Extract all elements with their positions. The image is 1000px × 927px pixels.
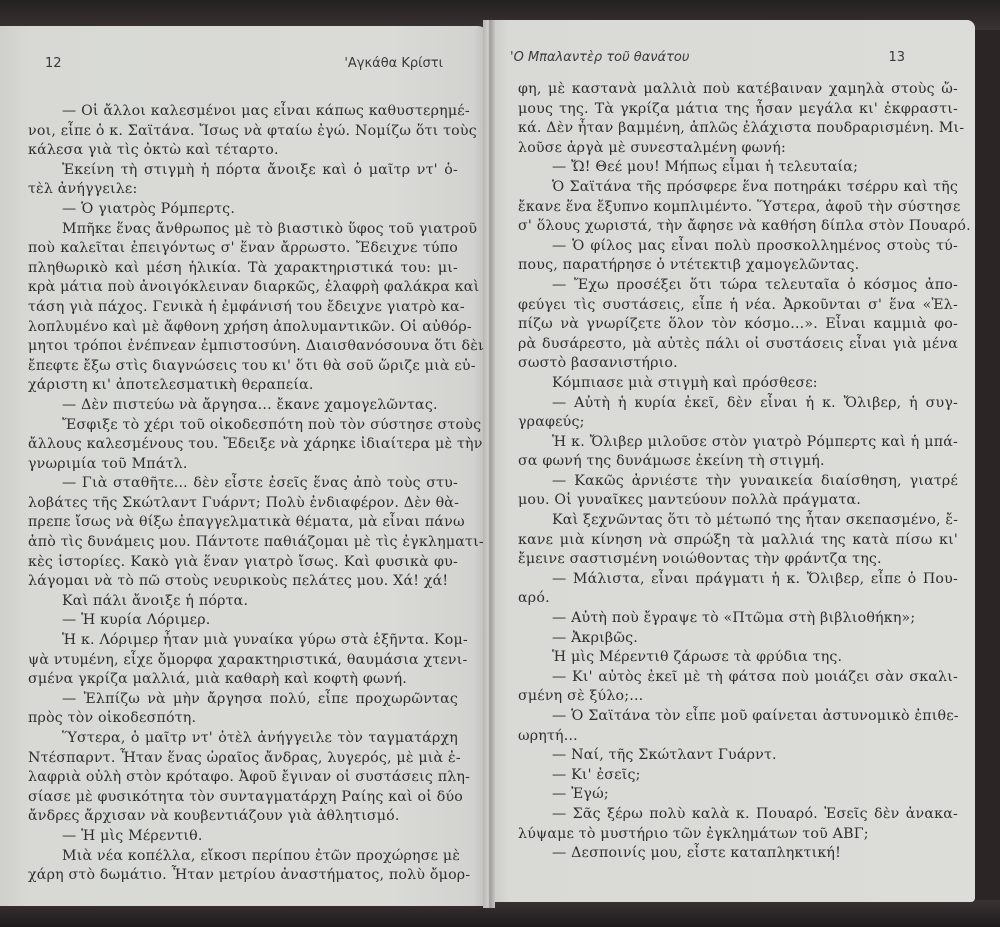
text-line: πρὸς τὸν οἰκοδεσπότη. (28, 709, 458, 729)
text-line: νοι, εἶπε ὁ κ. Σαϊτάνα. Ἴσως νὰ φταίω ἐγ… (28, 122, 458, 142)
text-line: ποὺ καλεῖται ἐπειγόντως σ' ἕναν ἄρρωστο.… (28, 239, 458, 259)
text-line: γραφεύς; (518, 413, 958, 433)
text-line: — Γιὰ σταθῆτε... δὲν εἶστε ἐσεῖς ἕνας ἀπ… (28, 474, 458, 494)
text-line: λύψαμε τὸ μυστήριο τῶν ἐγκλημάτων τοῦ ΑΒ… (518, 825, 958, 845)
text-line: — Ναί, τῆς Σκώτλαντ Γυάρντ. (518, 746, 958, 766)
text-line: ρὰ δυσάρεστο, μὰ αὐτὲς πάλι οἱ συστάσεις… (518, 335, 958, 355)
text-line: αρό. (518, 589, 958, 609)
text-line: κανε μιὰ κίνηση νὰ σπρώξη τὰ μαλλιά της … (518, 531, 958, 551)
text-line: Ἔσφιξε τὸ χέρι τοῦ οἰκοδεσπότη ποὺ τὸν σ… (28, 416, 458, 436)
text-line: πίζω νὰ γνωρίζετε ὅλον τὸν κόσμο...». Εἶ… (518, 315, 958, 335)
text-line: ἀπὸ τὶς δυνάμεις μου. Πάντοτε παθιάζομαι… (28, 533, 458, 553)
right-page: 'Ο Μπαλαντὲρ τοῦ θανάτου 13 φη, μὲ καστα… (490, 20, 975, 902)
text-line: μους της. Τὰ γκρίζα μάτια της ἦσαν μεγάλ… (518, 100, 958, 120)
text-line: — Ὁ φίλος μας εἶναι πολὺ προσκολλημένος … (518, 237, 958, 257)
text-line: — Ἡ μὶς Μέρεντιθ. (28, 827, 458, 847)
text-line: πληθωρικὸ καὶ μέση ἡλικία. Τὰ χαρακτηρισ… (28, 259, 458, 279)
text-line: χάρη στὸ δωμάτιο. Ἦταν μετρίου ἀναστήματ… (28, 866, 458, 886)
text-line: ωρητή... (518, 727, 958, 747)
text-line: — Μάλιστα, εἶναι πράγματι ἡ κ. Ὄλιβερ, ε… (518, 570, 958, 590)
text-line: — Ἐλπίζω νὰ μὴν ἄργησα πολύ, εἶπε προχωρ… (28, 690, 458, 710)
text-line: σμένα γκρίζα μαλλιά, μιὰ καθαρὴ καὶ κοφτ… (28, 670, 458, 690)
text-line: χάριστη κι' ἀποτελεσματικὴ θεραπεία. (28, 376, 458, 396)
text-line: κὲς ἱστορίες. Κακὸ γιὰ ἕναν γιατρὸ ἴσως.… (28, 553, 458, 573)
text-line: ψὰ ντυμένη, εἶχε ὄμορφα χαρακτηριστικά, … (28, 651, 458, 671)
text-line: λοβάτες τῆς Σκώτλαντ Γυάρντ; Πολὺ ἐνδιαφ… (28, 494, 458, 514)
text-line: — Ἡ κυρία Λόριμερ. (28, 611, 458, 631)
text-line: σα φωνή της δυνάμωσε ἐκείνη τὴ στιγμή. (518, 452, 958, 472)
text-line: — Δεσποινίς μου, εἶστε καταπληκτική! (518, 844, 958, 864)
text-line: — Ὤ! Θεέ μου! Μήπως εἶμαι ἡ τελευταία; (518, 158, 958, 178)
text-line: φεύγει τὶς συστάσεις, εἶπε ἡ νέα. Ἀρκοῦν… (518, 296, 958, 316)
text-line: μητοι τρόποι ἐνέπνεαν ἐμπιστοσύνη. Διαισ… (28, 337, 458, 357)
text-line: κρὰ μάτια ποὺ ἀνοιγόκλειναν διαρκῶς, ἐλα… (28, 278, 458, 298)
text-line: κά. Δὲν ἦταν βαμμένη, ἁπλῶς ἐλάχιστα που… (518, 119, 958, 139)
text-line: Ὕστερα, ὁ μαῖτρ ντ' ὀτὲλ ἀνήγγειλε τὸν τ… (28, 729, 458, 749)
text-line: Μιὰ νέα κοπέλλα, εἴκοσι περίπου ἐτῶν προ… (28, 847, 458, 867)
page-number: 13 (888, 50, 905, 65)
text-line: Μπῆκε ἕνας ἄνθρωπος μὲ τὸ βιαστικὸ ὕφος … (28, 220, 458, 240)
text-line: — Σᾶς ξέρω πολὺ καλὰ κ. Πουαρό. Ἐσεῖς δὲ… (518, 805, 958, 825)
text-line: — Κι' αὐτὸς ἐκεῖ μὲ τὴ φάτσα ποὺ μοιάζει… (518, 668, 958, 688)
text-line: Ἡ μὶς Μέρεντιθ ζάρωσε τὰ φρύδια της. (518, 648, 958, 668)
text-line: — Κι' ἐσεῖς; (518, 766, 958, 786)
page-number: 12 (45, 56, 62, 71)
book-gutter (483, 20, 495, 908)
text-line: Ἐκείνη τὴ στιγμὴ ἡ πόρτα ἄνοιξε καὶ ὁ μα… (28, 161, 458, 181)
text-line: Καὶ ξεχνῶντας ὅτι τὸ μέτωπό της ἦταν σκε… (518, 511, 958, 531)
text-line: πους, παρατήρησε ὁ ντέτεκτιβ χαμογελῶντα… (518, 256, 958, 276)
text-line: λαφριὰ οὐλὴ στὸν κρόταφο. Ἀφοῦ ἔγιναν οἱ… (28, 768, 458, 788)
text-line: — Αὐτὴ ποὺ ἔγραψε τὸ «Πτῶμα στὴ βιβλιοθή… (518, 609, 958, 629)
page-body: φη, μὲ καστανὰ μαλλιὰ ποὺ κατέβαιναν χαμ… (518, 80, 958, 864)
text-line: ἄνδρες ἄρχισαν νὰ κουβεντιάζουν γιὰ ἀθλη… (28, 807, 458, 827)
text-line: λοῦσε ἀργὰ μὲ συνεσταλμένη φωνή: (518, 139, 958, 159)
text-line: — Ἀκριβῶς. (518, 629, 958, 649)
text-line: — Ὁ Σαϊτάνα τὸν εἶπε μοῦ φαίνεται ἀστυνο… (518, 707, 958, 727)
running-head-author: 'Αγκάθα Κρίστι (344, 56, 443, 71)
text-line: — Ἐγώ; (518, 785, 958, 805)
text-line: τάση γιὰ πάχος. Γενικὰ ἡ ἐμφάνισή του ἔδ… (28, 298, 458, 318)
text-line: Κόμπιασε μιὰ στιγμὴ καὶ πρόσθεσε: (518, 374, 958, 394)
text-line: — Οἱ ἄλλοι καλεσμένοι μας εἶναι κάπως κα… (28, 102, 458, 122)
text-line: ἔμεινε σαστισμένη νοιώθοντας τὴν φράντζα… (518, 550, 958, 570)
text-line: — Ἔχω προσέξει ὅτι τώρα τελευταῖα ὁ κόσμ… (518, 276, 958, 296)
text-line: μου. Οἱ γυναῖκες μαντεύουν πολλὰ πράγματ… (518, 491, 958, 511)
text-line: Ὁ Σαϊτάνα τῆς πρόσφερε ἕνα ποτηράκι τσέρ… (518, 178, 958, 198)
text-line: τὲλ ἀνήγγειλε: (28, 180, 458, 200)
left-page: 12 'Αγκάθα Κρίστι — Οἱ ἄλλοι καλεσμένοι … (0, 26, 488, 906)
text-line: σ' ὅλους χωριστά, τὴν ἄφησε νὰ καθήση δί… (518, 217, 958, 237)
page-body: — Οἱ ἄλλοι καλεσμένοι μας εἶναι κάπως κα… (28, 102, 458, 886)
running-head-title: 'Ο Μπαλαντὲρ τοῦ θανάτου (510, 50, 689, 65)
text-line: ἄλλους καλεσμένους του. Ἔδειξε νὰ χάρηκε… (28, 435, 458, 455)
text-line: λάγομαι νὰ τὸ πῶ στοὺς νευρικοὺς πελάτες… (28, 572, 458, 592)
text-line: — Κακῶς ἀρνιέστε τὴν γυναικεία διαίσθηση… (518, 472, 958, 492)
text-line: — Αὐτὴ ἡ κυρία ἐκεῖ, δὲν εἶναι ἡ κ. Ὄλιβ… (518, 394, 958, 414)
text-line: σμένη σὲ ξύλο;... (518, 687, 958, 707)
text-line: — Δὲν πιστεύω νὰ ἄργησα... ἔκανε χαμογελ… (28, 396, 458, 416)
text-line: — Ὁ γιατρὸς Ρόμπερτς. (28, 200, 458, 220)
text-line: φη, μὲ καστανὰ μαλλιὰ ποὺ κατέβαιναν χαμ… (518, 80, 958, 100)
text-line: λοπλυμένο καὶ μὲ ἄφθονη χρήση ἀπολυμαντι… (28, 318, 458, 338)
text-line: ἔκανε ἕνα ἔξυπνο κομπλιμέντο. Ὕστερα, ἀφ… (518, 198, 958, 218)
text-line: ἔπεφτε ἔξω στὶς διαγνώσεις του κι' ὅτι θ… (28, 357, 458, 377)
text-line: σωστὸ βασανιστήριο. (518, 354, 958, 374)
text-line: κάλεσα γιὰ τὶς ὀκτὼ καὶ τέταρτο. (28, 141, 458, 161)
text-line: Ντέσπαρντ. Ἦταν ἕνας ὡραῖος ἄνδρας, λυγε… (28, 749, 458, 769)
text-line: πρεπε ἴσως νὰ θίξω ἐπαγγελματικὰ θέματα,… (28, 513, 458, 533)
text-line: γνωριμία τοῦ Μπάτλ. (28, 455, 458, 475)
text-line: σίασε μὲ φυσικότητα τὸν συνταγματάρχη Ρα… (28, 788, 458, 808)
text-line: Καὶ πάλι ἄνοιξε ἡ πόρτα. (28, 592, 458, 612)
text-line: Ἡ κ. Ὄλιβερ μιλοῦσε στὸν γιατρὸ Ρόμπερτς… (518, 433, 958, 453)
text-line: Ἡ κ. Λόριμερ ἦταν μιὰ γυναίκα γύρω στὰ ἑ… (28, 631, 458, 651)
